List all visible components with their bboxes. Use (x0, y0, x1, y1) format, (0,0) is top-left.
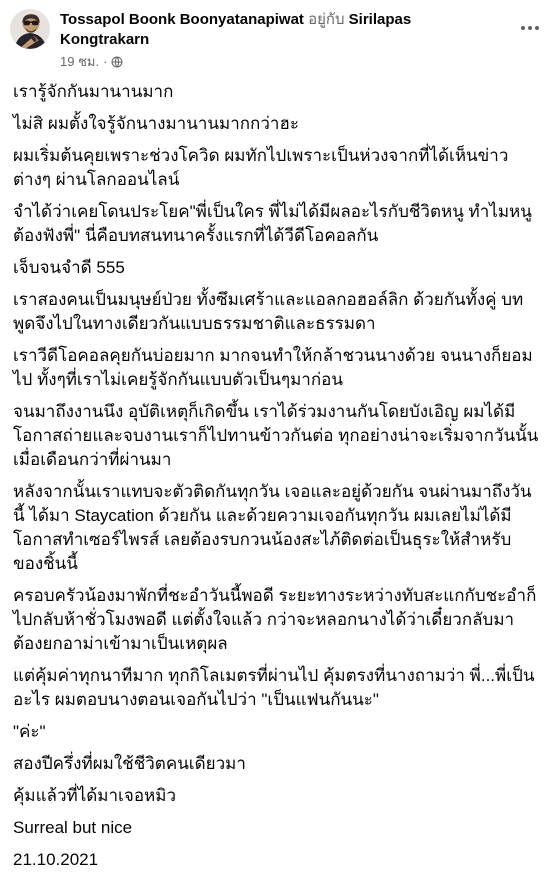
post-paragraph: แต่คุ้มค่าทุกนาทีมาก ทุกกิโลเมตรที่ผ่านไ… (13, 664, 540, 712)
post-paragraph: "ค่ะ" (13, 720, 540, 744)
post-header: Tossapol Boonk Boonyatanapiwat อยู่กับ S… (0, 0, 558, 72)
more-options-icon (521, 26, 525, 30)
post-paragraph: สองปีครึ่งที่ผมใช้ชีวิตคนเดียวมา (13, 752, 540, 776)
post-byline: Tossapol Boonk Boonyatanapiwat อยู่กับ S… (60, 10, 498, 50)
post-paragraph: เรารู้จักกันมานานมาก (13, 80, 540, 104)
more-options-icon (535, 26, 539, 30)
header-text: Tossapol Boonk Boonyatanapiwat อยู่กับ S… (60, 9, 542, 70)
author-name-link[interactable]: Tossapol Boonk Boonyatanapiwat (60, 11, 304, 28)
post-paragraph: คุ้มแล้วที่ได้มาเจอหมิว (13, 784, 540, 808)
post-paragraph: เจ็บจนจำดี 555 (13, 256, 540, 280)
avatar-image (10, 9, 50, 49)
facebook-post: Tossapol Boonk Boonyatanapiwat อยู่กับ S… (0, 0, 558, 878)
post-paragraph: ไม่สิ ผมตั้งใจรู้จักนางมานานมากกว่าฮะ (13, 112, 540, 136)
more-options-button[interactable] (514, 14, 546, 42)
meta-separator: · (103, 53, 107, 70)
post-paragraph: จำได้ว่าเคยโดนประโยค"พี่เป็นใคร พี่ไม่ได… (13, 200, 540, 248)
post-paragraph: 21.10.2021 (13, 848, 540, 872)
with-label: อยู่กับ (308, 11, 344, 28)
timestamp-link[interactable]: 19 ชม. (60, 53, 99, 70)
avatar[interactable] (10, 9, 50, 49)
post-paragraph: Surreal but nice (13, 816, 540, 840)
post-paragraph: หลังจากนั้นเราแทบจะตัวติดกันทุกวัน เจอแล… (13, 480, 540, 576)
post-body: เรารู้จักกันมานานมาก ไม่สิ ผมตั้งใจรู้จั… (0, 72, 558, 878)
post-paragraph: จนมาถึงงานนึง อุบัติเหตุก็เกิดขึ้น เราได… (13, 400, 540, 472)
post-paragraph: เราสองคนเป็นมนุษย์ป่วย ทั้งซึมเศร้าและแอ… (13, 288, 540, 336)
post-paragraph: เราวีดีโอคอลคุยกันบ่อยมาก มากจนทำให้กล้า… (13, 344, 540, 392)
more-options-icon (528, 26, 532, 30)
globe-icon (111, 56, 123, 68)
post-paragraph: ครอบครัวน้องมาพักที่ชะอำวันนี้พอดี ระยะท… (13, 584, 540, 656)
post-meta: 19 ชม. · (60, 53, 498, 70)
post-paragraph: ผมเริ่มต้นคุยเพราะช่วงโควิด ผมทักไปเพราะ… (13, 144, 540, 192)
